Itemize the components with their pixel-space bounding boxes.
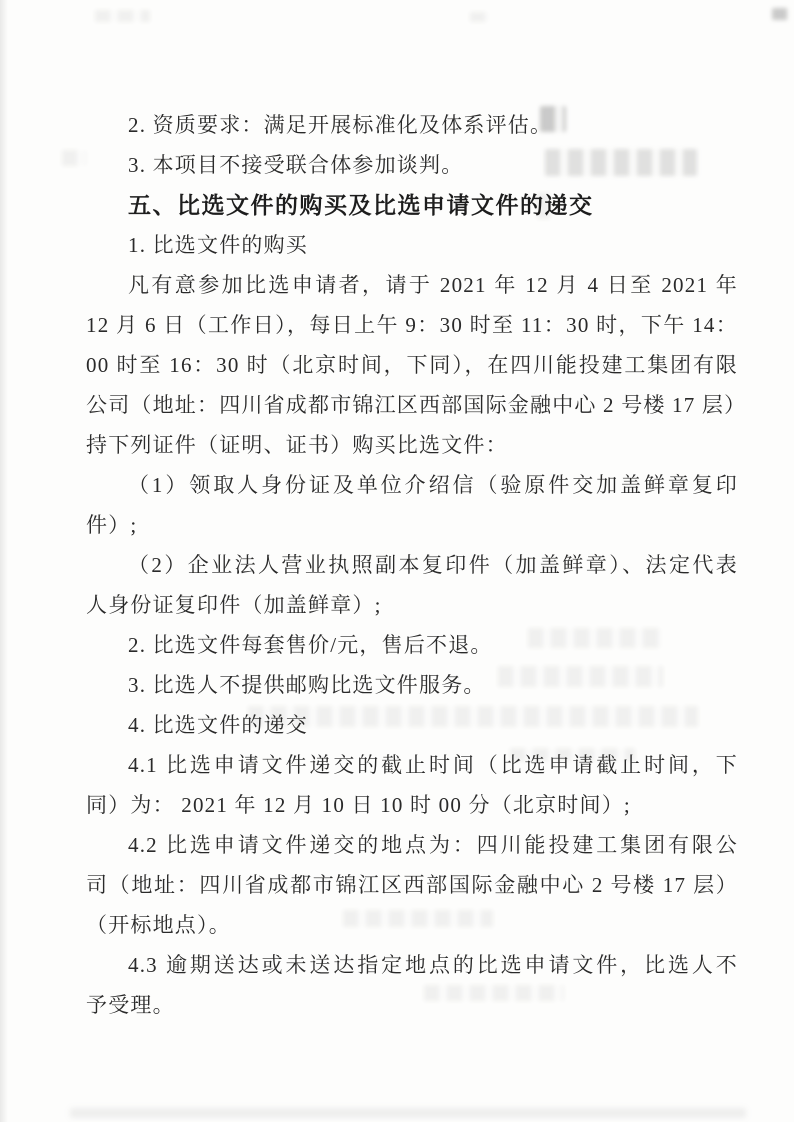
- text-line: 持下列证件（证明、证书）购买比选文件：: [86, 425, 738, 465]
- text-line: 4.2 比选申请文件递交的地点为：四川能投建工集团有限公: [86, 825, 738, 865]
- text-line: （1）领取人身份证及单位介绍信（验原件交加盖鲜章复印: [86, 465, 738, 505]
- text-line: 2. 资质要求：满足开展标准化及体系评估。: [86, 105, 738, 145]
- document-body: 2. 资质要求：满足开展标准化及体系评估。 3. 本项目不接受联合体参加谈判。 …: [86, 105, 738, 1025]
- text-line: （2）企业法人营业执照副本复印件（加盖鲜章）、法定代表: [86, 545, 738, 585]
- text-line: （开标地点）。: [86, 905, 738, 945]
- text-line: 予受理。: [86, 985, 738, 1025]
- text-line: 4. 比选文件的递交: [86, 705, 738, 745]
- text-line: 件）;: [86, 505, 738, 545]
- scanned-document-page: 2. 资质要求：满足开展标准化及体系评估。 3. 本项目不接受联合体参加谈判。 …: [0, 0, 794, 1122]
- text-line: 00 时至 16：30 时（北京时间，下同），在四川能投建工集团有限: [86, 345, 738, 385]
- text-line: 人身份证复印件（加盖鲜章）;: [86, 585, 738, 625]
- text-line: 4.1 比选申请文件递交的截止时间（比选申请截止时间，下: [86, 745, 738, 785]
- text-line: 2. 比选文件每套售价/元，售后不退。: [86, 625, 738, 665]
- scan-edge-shadow: [0, 0, 8, 1122]
- text-line: 司（地址：四川省成都市锦江区西部国际金融中心 2 号楼 17 层）: [86, 865, 738, 905]
- text-line: 3. 比选人不提供邮购比选文件服务。: [86, 665, 738, 705]
- text-line: 12 月 6 日（工作日），每日上午 9：30 时至 11：30 时，下午 14…: [86, 305, 738, 345]
- bleed-through-mark: [772, 8, 788, 20]
- bleed-through-mark: [95, 10, 150, 22]
- text-line: 凡有意参加比选申请者，请于 2021 年 12 月 4 日至 2021 年: [86, 265, 738, 305]
- text-line: 3. 本项目不接受联合体参加谈判。: [86, 145, 738, 185]
- text-line: 4.3 逾期送达或未送达指定地点的比选申请文件，比选人不: [86, 945, 738, 985]
- bleed-through-mark: [62, 150, 86, 166]
- bleed-through-mark: [70, 1108, 746, 1118]
- text-line: 同）为： 2021 年 12 月 10 日 10 时 00 分（北京时间）;: [86, 785, 738, 825]
- section-heading-5: 五、比选文件的购买及比选申请文件的递交: [86, 185, 738, 225]
- text-line: 1. 比选文件的购买: [86, 225, 738, 265]
- bleed-through-mark: [470, 12, 490, 22]
- text-line: 公司（地址：四川省成都市锦江区西部国际金融中心 2 号楼 17 层）: [86, 385, 738, 425]
